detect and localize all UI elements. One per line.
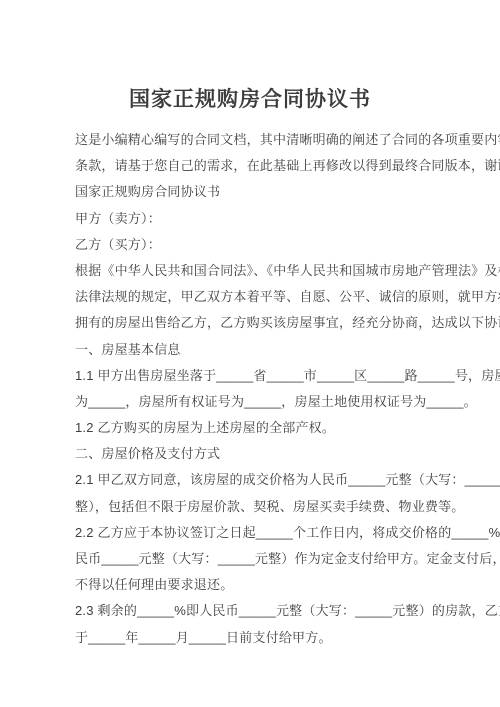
document-line-preamble-2: 法律法规的规定，甲乙双方本着平等、自愿、公平、诚信的原则，就甲方将其 [75, 284, 435, 310]
document-line-clause-2-2b: 民币_____元整（大写：_____元整）作为定金支付给甲方。定金支付后，乙方 [75, 546, 435, 572]
document-line-clause-1-1b: 为_____，房屋所有权证号为_____，房屋土地使用权证号为_____。 [75, 389, 435, 415]
document-body: 这是小编精心编写的合同文档，其中清晰明确的阐述了合同的各项重要内容与 条款，请基… [75, 127, 435, 651]
document-line-clause-2-2c: 不得以任何理由要求退还。 [75, 572, 435, 598]
document-line-clause-1-2: 1.2 乙方购买的房屋为上述房屋的全部产权。 [75, 415, 435, 441]
document-line-clause-2-1b: 整），包括但不限于房屋价款、契税、房屋买卖手续费、物业费等。 [75, 494, 435, 520]
contract-document-page: 国家正规购房合同协议书 这是小编精心编写的合同文档，其中清晰明确的阐述了合同的各… [0, 0, 500, 707]
document-line-intro-1: 这是小编精心编写的合同文档，其中清晰明确的阐述了合同的各项重要内容与 [75, 127, 435, 153]
document-line-party-b: 乙方（买方）： [75, 232, 435, 258]
document-line-clause-2-3b: 于_____年_____月_____日前支付给甲方。 [75, 625, 435, 651]
document-line-clause-2-1a: 2.1 甲乙双方同意，该房屋的成交价格为人民币_____元整（大写：_____元 [75, 467, 435, 493]
document-heading-section-2: 二、房屋价格及支付方式 [75, 441, 435, 467]
document-line-clause-1-1a: 1.1 甲方出售房屋坐落于_____省_____市_____区_____路___… [75, 363, 435, 389]
document-line-preamble-1: 根据《中华人民共和国合同法》、《中华人民共和国城市房地产管理法》及相关 [75, 258, 435, 284]
document-line-intro-2: 条款，请基于您自己的需求，在此基础上再修改以得到最终合同版本，谢谢！ [75, 153, 435, 179]
document-line-preamble-3: 拥有的房屋出售给乙方，乙方购买该房屋事宜，经充分协商，达成以下协议： [75, 310, 435, 336]
document-line-party-a: 甲方（卖方）： [75, 206, 435, 232]
document-line-subtitle: 国家正规购房合同协议书 [75, 179, 435, 205]
document-line-clause-2-2a: 2.2 乙方应于本协议签订之日起_____个工作日内，将成交价格的_____%即… [75, 520, 435, 546]
document-title: 国家正规购房合同协议书 [0, 83, 500, 113]
document-heading-section-1: 一、房屋基本信息 [75, 337, 435, 363]
document-line-clause-2-3a: 2.3 剩余的_____%即人民币_____元整（大写：_____元整）的房款，… [75, 598, 435, 624]
